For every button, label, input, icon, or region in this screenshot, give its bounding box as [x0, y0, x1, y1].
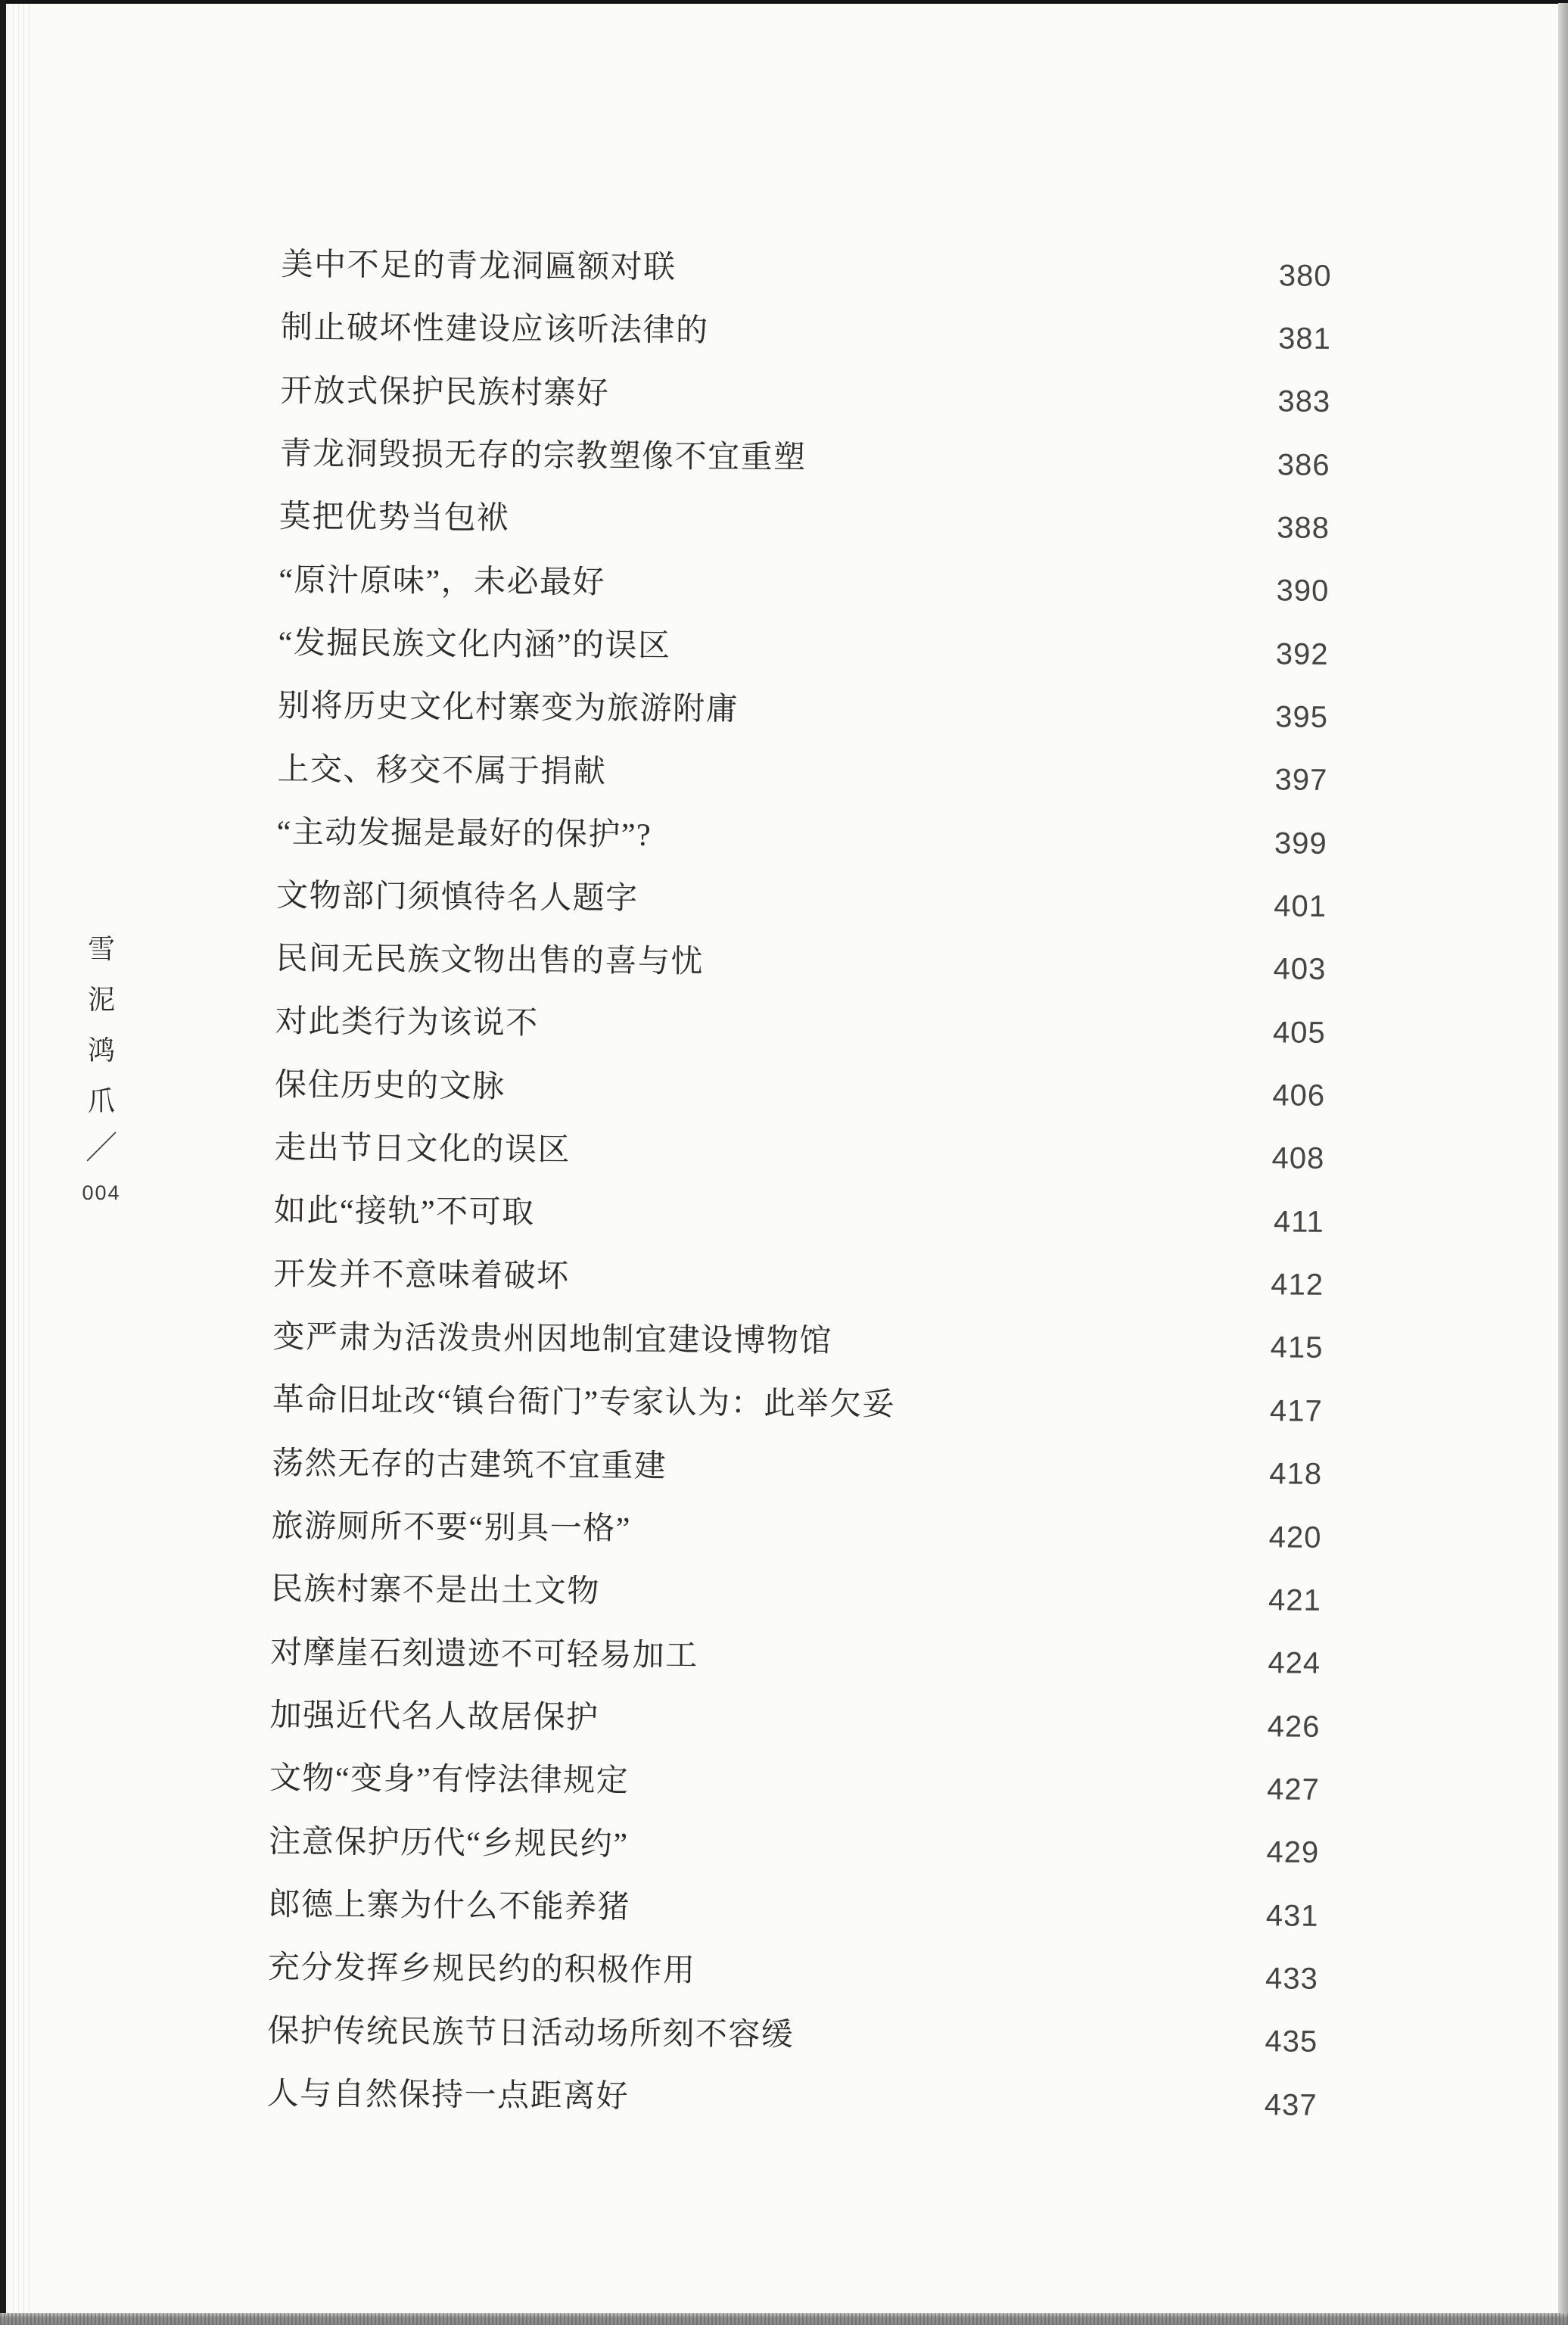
toc-row: 人与自然保持一点距离好437	[266, 2059, 1318, 2131]
toc-row: 美中不足的青龙洞匾额对联380	[281, 230, 1332, 302]
toc-entry-title: 开发并不意味着破坏	[273, 1249, 570, 1296]
toc-entry-title: 加强近代名人故居保护	[269, 1690, 599, 1738]
toc-entry-page-number: 395	[1275, 700, 1328, 735]
toc-entry-title: 民族村寨不是出土文物	[271, 1564, 600, 1611]
toc-entry-page-number: 417	[1270, 1394, 1323, 1429]
running-title-char: 雪	[88, 924, 115, 975]
toc-entry-title: 荡然无存的古建筑不宜重建	[272, 1438, 667, 1486]
toc-entry-title: 旅游厕所不要“别具一格”	[271, 1501, 631, 1549]
toc-row: 别将历史文化村寨变为旅游附庸395	[278, 671, 1329, 743]
toc-entry-page-number: 433	[1265, 1962, 1318, 1997]
toc-entry-page-number: 405	[1273, 1016, 1326, 1050]
toc-entry-title: 对此类行为该说不	[275, 996, 539, 1044]
toc-entry-page-number: 383	[1277, 385, 1330, 420]
toc-entry-page-number: 380	[1279, 259, 1332, 294]
toc-entry-page-number: 386	[1277, 448, 1330, 483]
toc-row: 荡然无存的古建筑不宜重建418	[272, 1429, 1323, 1501]
toc-entry-page-number: 412	[1271, 1268, 1324, 1303]
toc-entry-page-number: 437	[1265, 2088, 1318, 2123]
toc-row: 开发并不意味着破坏412	[273, 1240, 1324, 1312]
toc-entry-title: 充分发挥乡规民约的积极作用	[268, 1942, 696, 1990]
toc-row: 旅游厕所不要“别具一格”420	[271, 1492, 1322, 1564]
toc-entry-page-number: 408	[1271, 1142, 1324, 1177]
book-page: 雪 泥 鸿 爪 ／ 004 美中不足的青龙洞匾额对联380制止破坏性建设应该听法…	[6, 4, 1558, 2313]
toc-entry-page-number: 388	[1277, 511, 1330, 546]
toc-row: 莫把优势当包袱388	[279, 482, 1330, 554]
toc-row: “主动发掘是最好的保护”?399	[276, 798, 1327, 870]
toc-row: 开放式保护民族村寨好383	[280, 356, 1331, 428]
toc-entry-page-number: 431	[1266, 1899, 1319, 1934]
running-title-sidebar: 雪 泥 鸿 爪 ／ 004	[79, 924, 124, 1205]
toc-entry-page-number: 427	[1267, 1773, 1320, 1807]
toc-entry-title: 制止破坏性建设应该听法律的	[281, 302, 709, 350]
toc-entry-title: 文物“变身”有悖法律规定	[269, 1753, 630, 1801]
toc-entry-page-number: 426	[1268, 1710, 1321, 1745]
toc-row: 注意保护历代“乡规民约”429	[269, 1807, 1320, 1879]
toc-entry-title: 莫把优势当包袱	[279, 491, 510, 538]
toc-row: 青龙洞毁损无存的宗教塑像不宜重塑386	[279, 419, 1330, 491]
toc-entry-title: 美中不足的青龙洞匾额对联	[281, 239, 676, 288]
toc-row: 文物部门须慎待名人题字401	[276, 861, 1327, 932]
toc-row: 民间无民族文物出售的喜与忧403	[275, 924, 1327, 996]
toc-list: 美中不足的青龙洞匾额对联380制止破坏性建设应该听法律的381开放式保护民族村寨…	[266, 230, 1332, 2138]
toc-row: 如此“接轨”不可取411	[274, 1176, 1325, 1248]
toc-entry-title: 变严肃为活泼贵州因地制宜建设博物馆	[272, 1312, 832, 1362]
toc-row: 保住历史的文脉406	[275, 1050, 1326, 1122]
toc-entry-page-number: 399	[1274, 826, 1327, 861]
toc-row: 文物“变身”有悖法律规定427	[269, 1744, 1321, 1816]
running-title-char: 泥	[88, 975, 115, 1026]
toc-entry-title: “原汁原味”，未必最好	[278, 555, 605, 602]
folio-page-number: 004	[82, 1181, 120, 1205]
toc-row: 走出节日文化的误区408	[274, 1113, 1325, 1185]
toc-entry-page-number: 411	[1274, 1205, 1324, 1240]
toc-row: 保护传统民族节日活动场所刻不容缓435	[267, 1997, 1318, 2068]
toc-entry-title: 注意保护历代“乡规民约”	[269, 1816, 629, 1865]
toc-entry-page-number: 435	[1265, 2025, 1318, 2060]
scan-edge-left	[0, 0, 6, 2317]
slash-separator: ／	[86, 1127, 117, 1174]
toc-entry-title: 开放式保护民族村寨好	[280, 366, 609, 413]
toc-entry-page-number: 390	[1276, 574, 1329, 609]
toc-entry-title: 走出节日文化的误区	[274, 1122, 571, 1170]
toc-row: 对摩崖石刻遗迹不可轻易加工424	[270, 1618, 1321, 1690]
toc-entry-title: 如此“接轨”不可取	[274, 1185, 535, 1233]
toc-row: 上交、移交不属于捐献397	[277, 735, 1328, 807]
toc-row: 郎德上寨为什么不能养猪431	[268, 1870, 1319, 1942]
toc-row: “发掘民族文化内涵”的误区392	[278, 608, 1329, 680]
toc-row: 革命旧址改“镇台衙门”专家认为：此举欠妥417	[272, 1365, 1324, 1437]
toc-entry-title: 青龙洞毁损无存的宗教塑像不宜重塑	[279, 428, 806, 478]
toc-entry-title: 文物部门须慎待名人题字	[276, 870, 639, 918]
toc-entry-page-number: 397	[1274, 764, 1327, 798]
toc-entry-page-number: 418	[1269, 1457, 1322, 1492]
toc-entry-title: “发掘民族文化内涵”的误区	[278, 618, 671, 666]
toc-entry-page-number: 429	[1266, 1836, 1319, 1871]
toc-entry-title: 别将历史文化村寨变为旅游附庸	[278, 680, 739, 730]
scan-edge-bottom	[0, 2313, 1568, 2325]
toc-entry-title: 保护传统民族节日活动场所刻不容缓	[267, 2006, 794, 2055]
toc-entry-title: “主动发掘是最好的保护”?	[277, 807, 652, 855]
toc-entry-title: 郎德上寨为什么不能养猪	[268, 1879, 630, 1928]
scanned-book-page: 雪 泥 鸿 爪 ／ 004 美中不足的青龙洞匾额对联380制止破坏性建设应该听法…	[0, 0, 1568, 2325]
toc-entry-page-number: 420	[1269, 1520, 1322, 1555]
toc-entry-title: 保住历史的文脉	[275, 1060, 506, 1106]
toc-entry-page-number: 401	[1274, 889, 1327, 924]
toc-entry-page-number: 381	[1278, 322, 1331, 356]
running-title-char: 爪	[88, 1076, 115, 1127]
toc-row: 民族村寨不是出土文物421	[271, 1555, 1322, 1626]
toc-entry-page-number: 403	[1273, 953, 1326, 988]
toc-entry-title: 上交、移交不属于捐献	[277, 744, 606, 792]
toc-entry-page-number: 424	[1268, 1646, 1321, 1681]
running-title-char: 鸿	[88, 1026, 115, 1076]
scan-edge-right	[1558, 3, 1568, 2313]
toc-entry-title: 对摩崖石刻遗迹不可轻易加工	[270, 1627, 698, 1676]
toc-row: 充分发挥乡规民约的积极作用433	[268, 1933, 1319, 2005]
toc-entry-page-number: 415	[1271, 1331, 1324, 1366]
page-stack-edge-lines	[8, 4, 33, 2313]
toc-entry-title: 人与自然保持一点距离好	[266, 2068, 629, 2117]
toc-row: “原汁原味”，未必最好390	[278, 546, 1330, 618]
toc-entry-title: 民间无民族文物出售的喜与忧	[275, 933, 704, 982]
toc-entry-page-number: 392	[1276, 637, 1329, 672]
toc-entry-page-number: 421	[1268, 1583, 1321, 1618]
toc-entry-title: 革命旧址改“镇台衙门”专家认为：此举欠妥	[272, 1374, 896, 1424]
toc-row: 制止破坏性建设应该听法律的381	[281, 293, 1332, 365]
toc-row: 变严肃为活泼贵州因地制宜建设博物馆415	[272, 1303, 1324, 1374]
toc-entry-page-number: 406	[1272, 1078, 1325, 1113]
toc-row: 加强近代名人故居保护426	[269, 1681, 1321, 1753]
toc-row: 对此类行为该说不405	[275, 987, 1326, 1059]
